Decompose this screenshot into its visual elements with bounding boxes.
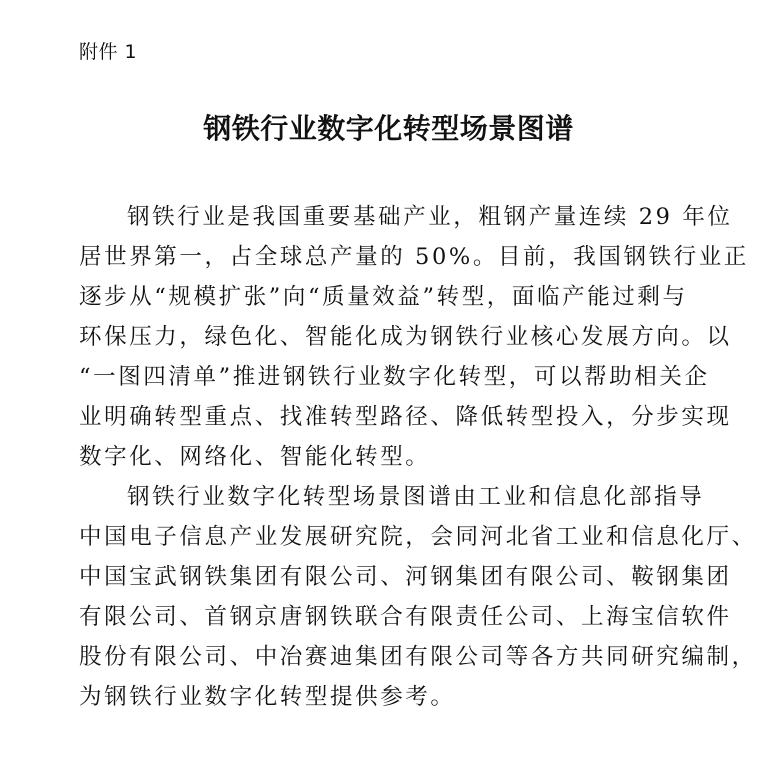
paragraph-line: 钢铁行业是我国重要基础产业，粗钢产量连续 29 年位 bbox=[127, 203, 733, 231]
paragraph-line: 钢铁行业数字化转型场景图谱由工业和信息化部指导 bbox=[127, 483, 704, 511]
paragraph-line: 数字化、网络化、智能化转型。 bbox=[79, 443, 430, 471]
paragraph-line: “一图四清单”推进钢铁行业数字化转型，可以帮助相关企 bbox=[79, 363, 710, 391]
paragraph-line: 环保压力，绿色化、智能化成为钢铁行业核心发展方向。以 bbox=[79, 323, 732, 351]
paragraph-line: 股份有限公司、中冶赛迪集团有限公司等各方共同研究编制， bbox=[79, 643, 757, 671]
paragraph-line: 中国宝武钢铁集团有限公司、河钢集团有限公司、鞍钢集团 bbox=[79, 563, 732, 591]
paragraph-line: 业明确转型重点、找准转型路径、降低转型投入，分步实现 bbox=[79, 403, 732, 431]
paragraph-line: 中国电子信息产业发展研究院，会同河北省工业和信息化厅、 bbox=[79, 523, 757, 551]
paragraph-line: 逐步从“规模扩张”向“质量效益”转型，面临产能过剩与 bbox=[79, 283, 688, 311]
paragraph-line: 居世界第一，占全球总产量的 50%。目前，我国钢铁行业正 bbox=[79, 243, 749, 271]
attachment-label: 附件 1 bbox=[79, 40, 137, 64]
paragraph-line: 有限公司、首钢京唐钢铁联合有限责任公司、上海宝信软件 bbox=[79, 603, 732, 631]
paragraph-line: 为钢铁行业数字化转型提供参考。 bbox=[79, 683, 456, 711]
document-title: 钢铁行业数字化转型场景图谱 bbox=[0, 112, 773, 146]
